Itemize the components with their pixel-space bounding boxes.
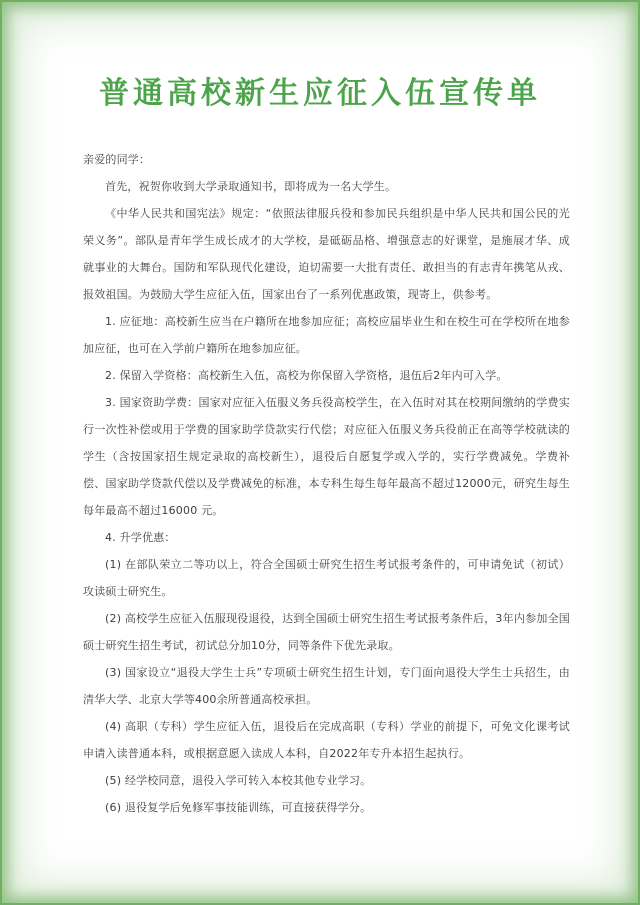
- subitem-1-exam-exemption: (1) 在部队荣立二等功以上，符合全国硕士研究生招生考试报考条件的，可申请免试（…: [83, 551, 570, 605]
- intro-paragraph: 首先，祝贺你收到大学录取通知书，即将成为一名大学生。: [83, 173, 570, 200]
- item-1-enlistment-location: 1. 应征地：高校新生应当在户籍所在地参加应征；高校应届毕业生和在校生可在学校所…: [83, 308, 570, 362]
- constitution-paragraph: 《中华人民共和国宪法》规定：“依照法律服兵役和参加民兵组织是中华人民共和国公民的…: [83, 200, 570, 308]
- page-title: 普通高校新生应征入伍宣传单: [0, 0, 640, 112]
- salutation-line: 亲爱的同学：: [83, 146, 570, 173]
- flyer-page: 普通高校新生应征入伍宣传单 亲爱的同学： 首先，祝贺你收到大学录取通知书，即将成…: [0, 0, 640, 905]
- item-2-admission-reservation: 2. 保留入学资格：高校新生入伍，高校为你保留入学资格，退伍后2年内可入学。: [83, 362, 570, 389]
- subitem-3-special-admission-plan: (3) 国家设立“退役大学生士兵”专项硕士研究生招生计划，专门面向退役大学生士兵…: [83, 659, 570, 713]
- item-4-education-benefits-header: 4. 升学优惠：: [83, 524, 570, 551]
- subitem-4-vocational-upgrade: (4) 高职（专科）学生应征入伍，退役后在完成高职（专科）学业的前提下，可免文化…: [83, 713, 570, 767]
- body-content: 亲爱的同学： 首先，祝贺你收到大学录取通知书，即将成为一名大学生。 《中华人民共…: [0, 112, 640, 821]
- subitem-6-military-training-credit: (6) 退役复学后免修军事技能训练，可直接获得学分。: [83, 794, 570, 821]
- item-3-tuition-subsidy: 3. 国家资助学费：国家对应征入伍服义务兵役高校学生，在入伍时对其在校期间缴纳的…: [83, 389, 570, 524]
- subitem-5-major-transfer: (5) 经学校同意，退役入学可转入本校其他专业学习。: [83, 767, 570, 794]
- subitem-2-exam-bonus-points: (2) 高校学生应征入伍服现役退役，达到全国硕士研究生招生考试报考条件后，3年内…: [83, 605, 570, 659]
